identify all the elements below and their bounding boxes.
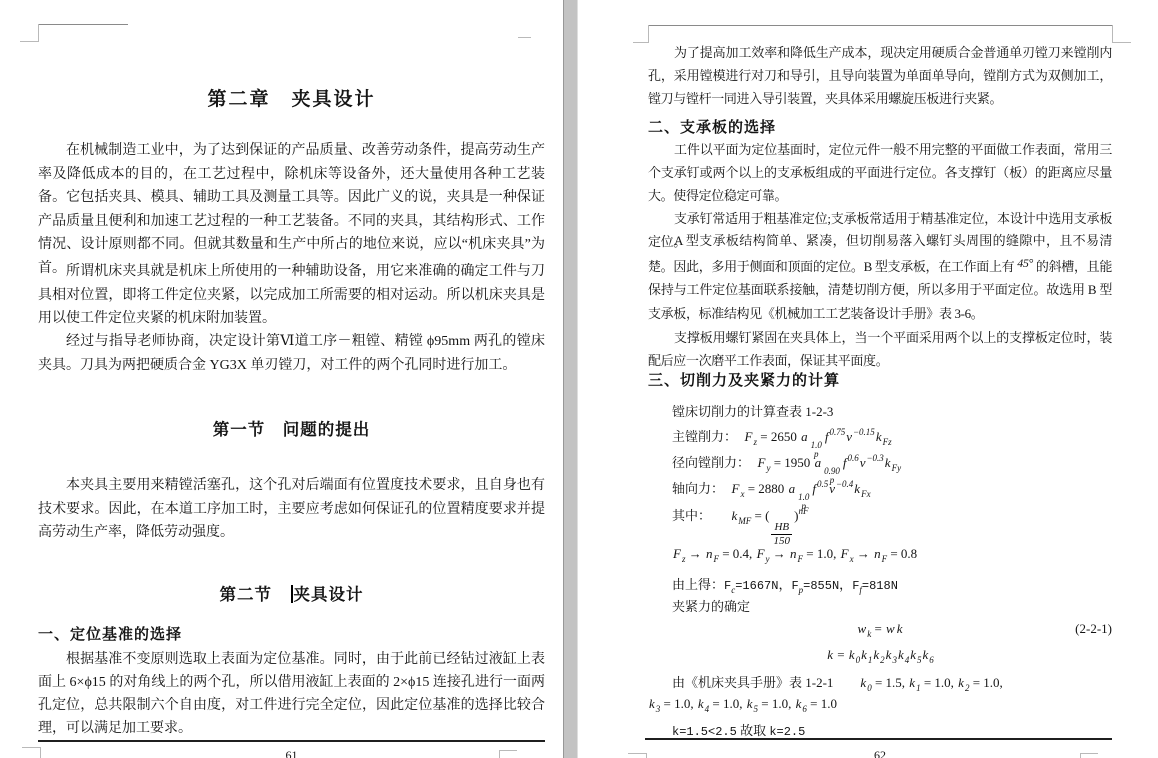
paragraph: A 型支承板结构简单、紧凑，但切削易落入螺钉头周围的缝隙中，且不易清楚。因此，多… xyxy=(648,229,1112,325)
formula-wk: wk = wk (2-2-1) xyxy=(648,621,1112,639)
heading-support-plate: 二、支承板的选择 xyxy=(648,116,1112,137)
formula-wk-body: wk = wk xyxy=(857,621,904,636)
formula-nf-values: Fz → nF = 0.4, Fy → nF = 1.0, Fx → nF = … xyxy=(672,546,917,564)
page-62[interactable]: 为了提高加工效率和降低生产成本，现决定用硬质合金普通单刃镗刀来镗削内孔，采用镗模… xyxy=(578,0,1158,758)
paragraph: 工件以平面为定位基面时，定位元件一般不用完整的平面做工作表面，常用三个支承钉或两… xyxy=(648,138,1112,208)
section2-title-post: 夹具设计 xyxy=(294,585,364,604)
formula-kmf: 其中： kMF = (HB150)nF xyxy=(672,505,808,548)
text-boundary-mark xyxy=(1112,42,1131,43)
page-61[interactable]: 第二章 夹具设计 在机械制造工业中，为了达到保证的产品质量、改善劳动条件，提高劳… xyxy=(0,0,563,758)
text-boundary-mark xyxy=(20,41,39,42)
heading-cutting-force: 三、切削力及夹紧力的计算 xyxy=(648,369,1112,390)
paragraph: 经过与指导老师协商，决定设计第Ⅵ道工序－粗镗、精镗 ϕ95mm 两孔的镗床夹具。… xyxy=(38,330,545,377)
text-boundary-top-line xyxy=(648,25,1112,26)
clamping-force-title: 夹紧力的确定 xyxy=(672,596,750,615)
paragraph: 本夹具主要用来精镗活塞孔，这个孔对后端面有位置度技术要求，且自身也有技术要求。因… xyxy=(38,474,545,545)
page-gap xyxy=(563,0,578,758)
text-cursor xyxy=(291,585,293,603)
text-boundary-mark xyxy=(633,42,649,43)
text-boundary-top-line xyxy=(38,24,128,25)
paragraph: 支撑板用螺钉紧固在夹具体上，当一个平面采用两个以上的支撑板定位时，装配后应一次磨… xyxy=(648,326,1112,372)
footer-separator xyxy=(38,740,545,742)
paragraph: 为了提高加工效率和降低生产成本，现决定用硬质合金普通单刃镗刀来镗削内孔，采用镗模… xyxy=(648,41,1112,111)
text-boundary-mark xyxy=(628,753,646,754)
formula-force-results: 由上得：Fc=1667N，Fp=855N，Ff=818N xyxy=(672,574,898,595)
chapter-title: 第二章 夹具设计 xyxy=(38,84,545,111)
section2-title-pre: 第二节 xyxy=(220,585,290,604)
formula-k-product: k = k0k1k2k3k4k5k6 xyxy=(648,647,1112,665)
paragraph: 所谓机床夹具就是机床上所使用的一种辅助设备，用它来准确的确定工件与刀具相对位置，… xyxy=(38,260,545,331)
text-boundary-mark xyxy=(518,37,531,38)
formula-handbook-coefficients: 由《机床夹具手册》表 1-2-1 k0 = 1.5, k1 = 1.0, k2 … xyxy=(672,672,1003,693)
section1-title: 第一节 问题的提出 xyxy=(38,416,545,440)
formula-k3-k6: k3 = 1.0, k4 = 1.0, k5 = 1.0, k6 = 1.0 xyxy=(648,696,837,714)
text-boundary-mark xyxy=(1112,25,1113,43)
page-number: 62 xyxy=(648,748,1112,758)
footer-separator xyxy=(645,738,1112,740)
equation-number: (2-2-1) xyxy=(1075,621,1112,637)
text-boundary-mark xyxy=(38,24,39,42)
calc-intro: 镗床切削力的计算查表 1-2-3 xyxy=(672,401,833,420)
section2-title: 第二节 夹具设计 xyxy=(38,581,545,605)
formula-k-conclusion: k=1.5<2.5 故取 k=2.5 xyxy=(672,720,805,739)
text-boundary-mark xyxy=(646,753,647,758)
paragraph: 在机械制造工业中，为了达到保证的产品质量、改善劳动条件，提高劳动生产率及降低成本… xyxy=(38,139,545,280)
paragraph: 根据基准不变原则选取上表面为定位基准。同时，由于此前已经钻过液缸上表面上 6×ϕ… xyxy=(38,648,545,740)
document-view: 第二章 夹具设计 在机械制造工业中，为了达到保证的产品质量、改善劳动条件，提高劳… xyxy=(0,0,1158,758)
heading-positioning-datum: 一、定位基准的选择 xyxy=(38,623,545,644)
page-number: 61 xyxy=(38,748,545,758)
